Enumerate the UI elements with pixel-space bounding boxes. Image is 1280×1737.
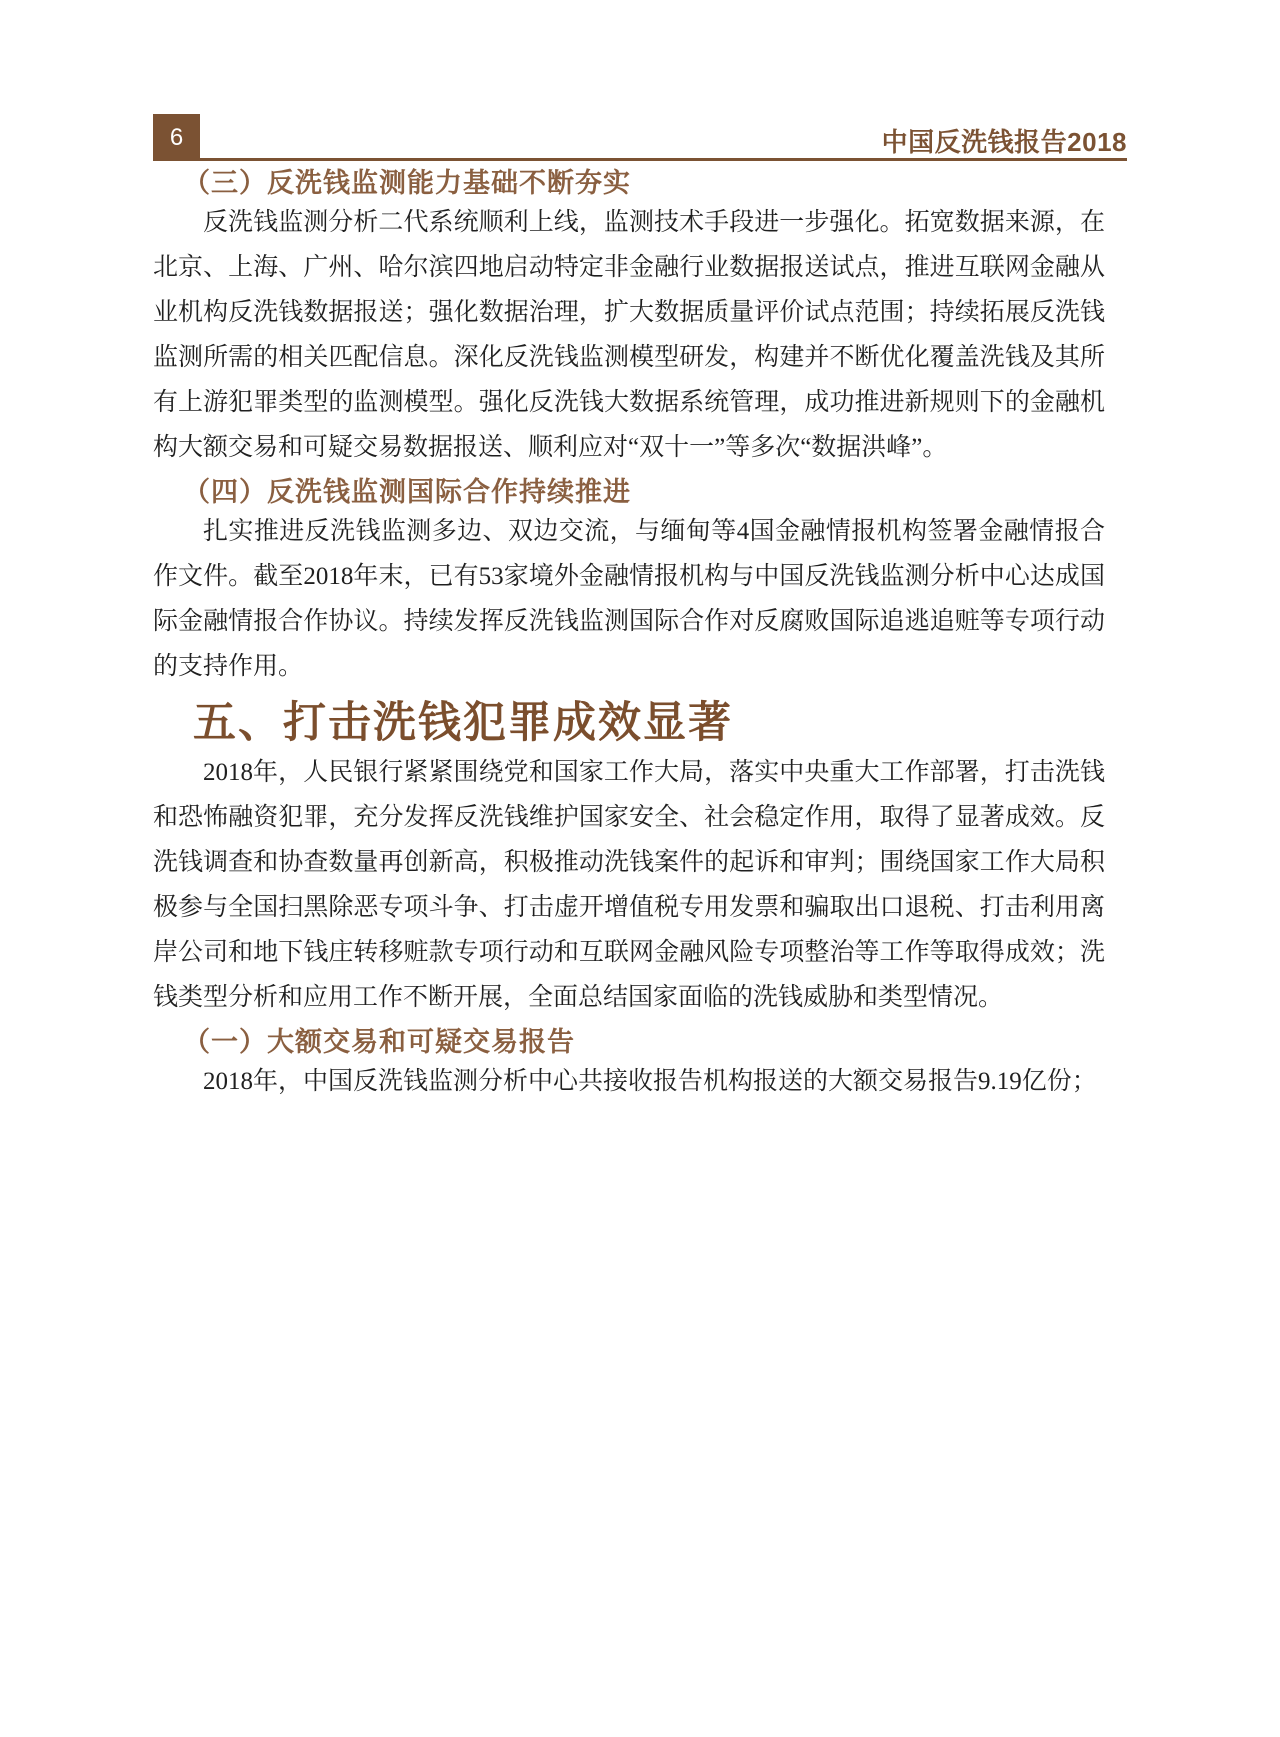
section-3-heading: （三）反洗钱监测能力基础不断夯实: [183, 161, 1127, 200]
subsection-1-paragraph: 2018年，中国反洗钱监测分析中心共接收报告机构报送的大额交易报告9.19亿份；: [153, 1059, 1105, 1104]
chapter-5-heading: 五、打击洗钱犯罪成效显著: [193, 689, 1127, 750]
content-column: 6 中国反洗钱报告2018 （三）反洗钱监测能力基础不断夯实 反洗钱监测分析二代…: [153, 0, 1127, 1104]
subsection-1-heading: （一）大额交易和可疑交易报告: [183, 1020, 1127, 1059]
page-body: （三）反洗钱监测能力基础不断夯实 反洗钱监测分析二代系统顺利上线，监测技术手段进…: [153, 161, 1127, 1104]
page-number-badge: 6: [153, 114, 200, 161]
section-4-paragraph: 扎实推进反洗钱监测多边、双边交流，与缅甸等4国金融情报机构签署金融情报合作文件。…: [153, 509, 1105, 689]
header-title: 中国反洗钱报告2018: [882, 122, 1127, 159]
chapter-5-paragraph: 2018年，人民银行紧紧围绕党和国家工作大局，落实中央重大工作部署，打击洗钱和恐…: [153, 750, 1105, 1020]
section-3-paragraph: 反洗钱监测分析二代系统顺利上线，监测技术手段进一步强化。拓宽数据来源，在北京、上…: [153, 200, 1105, 470]
header-rule-divider: [153, 158, 1127, 161]
page-header: 6 中国反洗钱报告2018: [153, 0, 1127, 161]
section-4-heading: （四）反洗钱监测国际合作持续推进: [183, 470, 1127, 509]
report-page: 6 中国反洗钱报告2018 （三）反洗钱监测能力基础不断夯实 反洗钱监测分析二代…: [0, 0, 1280, 1737]
